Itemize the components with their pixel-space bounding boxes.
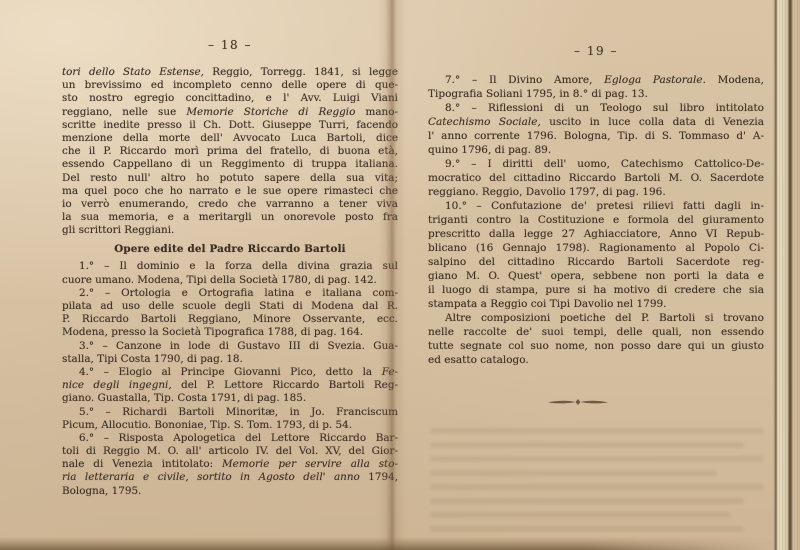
text-line: ed esatto catalogo. (428, 353, 764, 367)
works-list-right: 7.° – Il Divino Amore, Egloga Pastorale.… (428, 73, 764, 311)
roman-text: gli scrittori Reggiani. (62, 224, 174, 236)
text-line: Catechismo Sociale, uscito in luce colla… (428, 115, 764, 129)
roman-text: pilata ad uso delle scuole degli Stati d… (62, 300, 398, 312)
roman-text: 3.° – Canzone in lode di Gustavo III di … (79, 340, 398, 352)
italic-text: Egloga Pastorale. (604, 74, 706, 86)
text-line: gli scrittori Reggiani. (62, 224, 398, 237)
roman-text: ma quel poco che ho narrato e le sue ope… (62, 185, 398, 197)
right-page: 7.° – Il Divino Amore, Egloga Pastorale.… (428, 73, 764, 367)
text-line: tori dello Stato Estense, Reggio, Torreg… (62, 66, 398, 79)
italic-text: Memorie Storiche di Reggio (186, 106, 355, 118)
closing-paragraph: Altre composizioni poetiche del P. Barto… (428, 311, 764, 367)
roman-text: Picum, Allocutio. Bononiae, Tip. S. Tom.… (62, 419, 352, 431)
text-line: Altre composizioni poetiche del P. Barto… (428, 311, 764, 325)
text-line: salpino del cittadino Riccardo Bartoli S… (428, 255, 764, 269)
bleed-through-line (430, 526, 744, 532)
roman-text: mano- (355, 106, 398, 118)
text-line: toli di Reggio M. O. all' articolo IV. d… (62, 445, 398, 458)
intro-paragraph: tori dello Stato Estense, Reggio, Torreg… (62, 66, 398, 237)
works-list-left: 1.° – Il dominio e la forza della divina… (62, 260, 398, 497)
text-line: triganti contro la Costituzione e formol… (428, 213, 764, 227)
roman-text: nale di Venezia intitolato: (62, 458, 222, 470)
page-edge-right (773, 0, 800, 550)
text-line: pilata ad uso delle scuole degli Stati d… (62, 300, 398, 313)
bleed-through-line (430, 428, 764, 434)
roman-text: Modena, presso la Società Tipografica 17… (62, 326, 363, 338)
text-line: quino 1796, di pag. 89. (428, 143, 764, 157)
text-line: 8.° – Riflessioni di un Teologo sul libr… (428, 101, 764, 115)
text-line: ria letteraria e civile, sortito in Agos… (62, 471, 398, 484)
text-line: 6.° – Risposta Apologetica del Lettore R… (62, 432, 398, 445)
roman-text: un brevissimo ed incompleto cenno delle … (62, 79, 398, 91)
italic-text: Memorie per servire alla sto- (222, 458, 398, 470)
text-line: il luogo di stampa, pure si ha motivo di… (428, 283, 764, 297)
text-line: che il P. Riccardo morì prima del fratel… (62, 145, 398, 158)
roman-text: stalla, Tipi Costa 1790, di pag. 18. (62, 353, 243, 365)
roman-text: toli di Reggio M. O. all' articolo IV. d… (62, 445, 398, 457)
roman-text: Reggio, Torregg. 1841, si legge (204, 66, 398, 78)
text-line: blicano (16 Gennajo 1798). Ragionamento … (428, 241, 764, 255)
bleed-through-line (430, 498, 744, 504)
text-line: Del resto null' altro ho potuto sapere d… (62, 172, 398, 185)
italic-text: nice degli ingegni, (62, 379, 172, 391)
text-line: P. Riccardo Bartoli Reggiano, Minore Oss… (62, 313, 398, 326)
bleed-through-line (430, 512, 731, 518)
roman-text: prescritto dalla legge 27 Aghiacciatore,… (428, 228, 764, 240)
roman-text: 9.° – I diritti dell' uomo, Catechismo C… (445, 158, 764, 170)
text-line: 3.° – Canzone in lode di Gustavo III di … (62, 340, 398, 353)
bleed-through-line (430, 470, 717, 476)
text-line: nice degli ingegni, del P. Lettore Ricca… (62, 379, 398, 392)
roman-text: Altre composizioni poetiche del P. Barto… (445, 312, 764, 324)
text-line: la sua memoria, e a meritargli un onorev… (62, 211, 398, 224)
roman-text: del P. Lettore Riccardo Bartoli Reg- (172, 379, 398, 391)
roman-text: tutte segnate col suo nome, non posso da… (428, 340, 764, 352)
roman-text: 7.° – Il Divino Amore, (445, 74, 604, 86)
text-line: reggiano. Reggio, Davolio 1797, di pag. … (428, 185, 764, 199)
text-line: stalla, Tipi Costa 1790, di pag. 18. (62, 353, 398, 366)
roman-text: 1794, (368, 471, 398, 483)
text-line: 5.° – Richardi Bartoli Minoritæ, in Jo. … (62, 406, 398, 419)
text-line: stampata a Reggio coi Tipi Davolio nel 1… (428, 297, 764, 311)
roman-text: nelle raccolte de' suoi tempi, delle qua… (428, 326, 764, 338)
text-line: reggiano, nelle sue Memorie Storiche di … (62, 106, 398, 119)
roman-text: uscito in luce colla data di Venezia (541, 116, 764, 128)
roman-text: Del resto null' altro ho potuto sapere d… (62, 172, 398, 184)
roman-text: io verrò enumerando, credo che varranno … (62, 198, 398, 210)
text-line: 9.° – I diritti dell' uomo, Catechismo C… (428, 157, 764, 171)
roman-text: Tipografia Soliani 1795, in 8.° di pag. … (428, 88, 648, 100)
italic-text: ria letteraria e civile, sortito in Agos… (62, 471, 368, 483)
bleed-through-line (430, 484, 764, 490)
roman-text: l' anno corrente 1796. Bologna, Tip. di … (428, 130, 764, 142)
roman-text: 5.° – Richardi Bartoli Minoritæ, in Jo. … (79, 406, 398, 418)
roman-text: blicano (16 Gennajo 1798). Ragionamento … (428, 242, 764, 254)
bleed-through-line (430, 456, 764, 462)
text-line: prescritto dalla legge 27 Aghiacciatore,… (428, 227, 764, 241)
roman-text: 4.° – Elogio al Principe Giovanni Pico, … (79, 366, 382, 378)
page-number-right: – 19 – (428, 44, 764, 58)
text-line: Tipografia Soliani 1795, in 8.° di pag. … (428, 87, 764, 101)
text-line: 4.° – Elogio al Principe Giovanni Pico, … (62, 366, 398, 379)
text-line: giano. Guastalla, Tip. Costa 1791, di pa… (62, 392, 398, 405)
page-number-left: – 18 – (62, 38, 398, 52)
roman-text: 10.° – Confutazione de' pretesi rilievi … (445, 200, 764, 212)
roman-text: reggiano. Reggio, Davolio 1797, di pag. … (428, 186, 666, 198)
text-line: mocratico del cittadino Riccardo Bartoli… (428, 171, 764, 185)
roman-text: sto nostro egregio concittadino, e l' Av… (62, 92, 398, 104)
fleuron-divider-icon (546, 396, 610, 408)
roman-text: la sua memoria, e a meritargli un onorev… (62, 211, 398, 223)
text-line: menzione della morte dell' Avvocato Luca… (62, 132, 398, 145)
text-line: nelle raccolte de' suoi tempi, delle qua… (428, 325, 764, 339)
roman-text: 8.° – Riflessioni di un Teologo sul libr… (445, 102, 764, 114)
roman-text: giano. Guastalla, Tip. Costa 1791, di pa… (62, 392, 306, 404)
text-line: 10.° – Confutazione de' pretesi rilievi … (428, 199, 764, 213)
text-line: Picum, Allocutio. Bononiae, Tip. S. Tom.… (62, 419, 398, 432)
text-line: nale di Venezia intitolato: Memorie per … (62, 458, 398, 471)
text-line: un brevissimo ed incompleto cenno delle … (62, 79, 398, 92)
roman-text: 6.° – Risposta Apologetica del Lettore R… (79, 432, 398, 444)
text-line: l' anno corrente 1796. Bologna, Tip. di … (428, 129, 764, 143)
bleed-through-text (430, 428, 764, 540)
roman-text: Modena, (706, 74, 764, 86)
italic-text: Fe- (382, 366, 398, 378)
roman-text: P. Riccardo Bartoli Reggiano, Minore Oss… (62, 313, 398, 325)
roman-text: Bologna, 1795. (62, 485, 141, 497)
roman-text: quino 1796, di pag. 89. (428, 144, 551, 156)
text-line: 1.° – Il dominio e la forza della divina… (62, 260, 398, 273)
roman-text: che il P. Riccardo morì prima del fratel… (62, 145, 398, 157)
italic-text: tori dello Stato Estense, (62, 66, 204, 78)
text-line: 2.° – Ortologia e Ortografia latina e it… (62, 287, 398, 300)
text-line: 7.° – Il Divino Amore, Egloga Pastorale.… (428, 73, 764, 87)
roman-text: giano M. O. Quest' opera, sebbene non po… (428, 270, 764, 282)
left-page: tori dello Stato Estense, Reggio, Torreg… (62, 66, 398, 498)
text-line: cuore umano. Modena, Tipi della Società … (62, 274, 398, 287)
text-line: tutte segnate col suo nome, non posso da… (428, 339, 764, 353)
section-heading: Opere edite del Padre Riccardo Bartoli (62, 243, 398, 256)
roman-text: cuore umano. Modena, Tipi della Società … (62, 274, 377, 286)
bleed-through-line (430, 442, 744, 448)
text-line: Bologna, 1795. (62, 485, 398, 498)
text-line: giano M. O. Quest' opera, sebbene non po… (428, 269, 764, 283)
roman-text: scritte inedite presso il Ch. Dott. Gius… (62, 119, 398, 131)
text-line: sto nostro egregio concittadino, e l' Av… (62, 92, 398, 105)
roman-text: menzione della morte dell' Avvocato Luca… (62, 132, 398, 144)
italic-text: Catechismo Sociale, (428, 116, 541, 128)
text-line: Modena, presso la Società Tipografica 17… (62, 326, 398, 339)
text-line: io verrò enumerando, credo che varranno … (62, 198, 398, 211)
text-line: ma quel poco che ho narrato e le sue ope… (62, 185, 398, 198)
roman-text: mocratico del cittadino Riccardo Bartoli… (428, 172, 764, 184)
roman-text: stampata a Reggio coi Tipi Davolio nel 1… (428, 298, 667, 310)
book-scan: – 18 – – 19 – tori dello Stato Estense, … (0, 0, 800, 550)
roman-text: ed esatto catalogo. (428, 354, 529, 366)
roman-text: 2.° – Ortologia e Ortografia latina e it… (79, 287, 398, 299)
roman-text: reggiano, nelle sue (62, 106, 186, 118)
roman-text: salpino del cittadino Riccardo Bartoli S… (428, 256, 764, 268)
roman-text: essendo Cappellano di un Reggimento di t… (62, 158, 398, 170)
text-line: essendo Cappellano di un Reggimento di t… (62, 158, 398, 171)
text-line: scritte inedite presso il Ch. Dott. Gius… (62, 119, 398, 132)
roman-text: il luogo di stampa, pure si ha motivo di… (428, 284, 764, 296)
roman-text: triganti contro la Costituzione e formol… (428, 214, 764, 226)
roman-text: 1.° – Il dominio e la forza della divina… (79, 260, 398, 272)
